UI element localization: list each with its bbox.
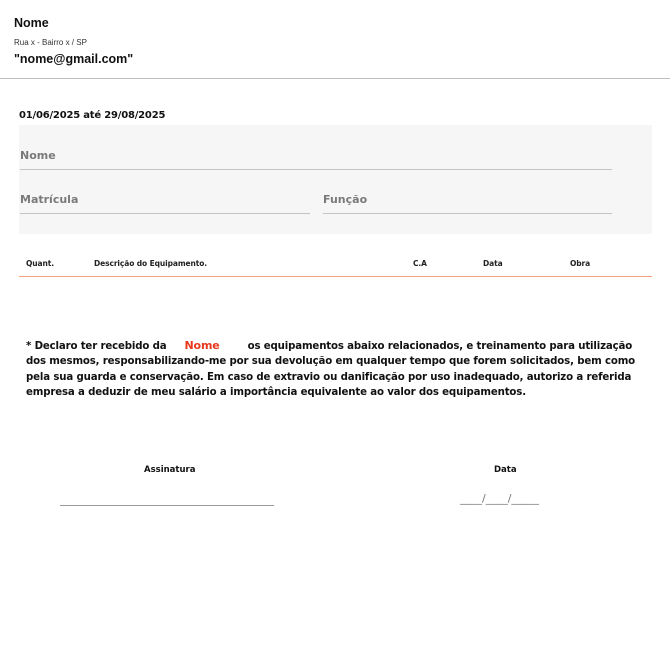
period-range: 01/06/2025 até 29/08/2025 <box>19 110 165 121</box>
nome-label: Nome <box>20 149 56 162</box>
col-descricao: Descrição do Equipamento. <box>94 259 207 268</box>
funcao-label: Função <box>323 193 367 206</box>
funcao-field[interactable]: Função <box>323 182 612 214</box>
company-address: Rua x - Bairro x / SP <box>14 38 87 47</box>
signature-label: Assinatura <box>144 465 195 475</box>
company-email: "nome@gmail.com" <box>14 52 133 66</box>
date-label: Data <box>494 465 517 475</box>
signature-line[interactable] <box>60 505 274 506</box>
document-header: Nome Rua x - Bairro x / SP "nome@gmail.c… <box>0 0 670 79</box>
date-blank[interactable]: ____/____/_____ <box>460 492 539 505</box>
company-name: Nome <box>14 16 49 30</box>
matricula-field[interactable]: Matrícula <box>20 182 310 214</box>
nome-field[interactable]: Nome <box>20 138 612 170</box>
col-obra: Obra <box>570 259 590 268</box>
col-ca: C.A <box>413 259 427 268</box>
declaration-company-name: Nome <box>185 338 220 353</box>
matricula-label: Matrícula <box>20 193 78 206</box>
declaration-text: * Declaro ter recebido daNomeos equipame… <box>26 338 646 400</box>
col-quant: Quant. <box>26 259 54 268</box>
col-data: Data <box>483 259 503 268</box>
equipment-table-header: Quant. Descrição do Equipamento. C.A Dat… <box>19 254 652 277</box>
declaration-prefix: * Declaro ter recebido da <box>26 341 167 352</box>
